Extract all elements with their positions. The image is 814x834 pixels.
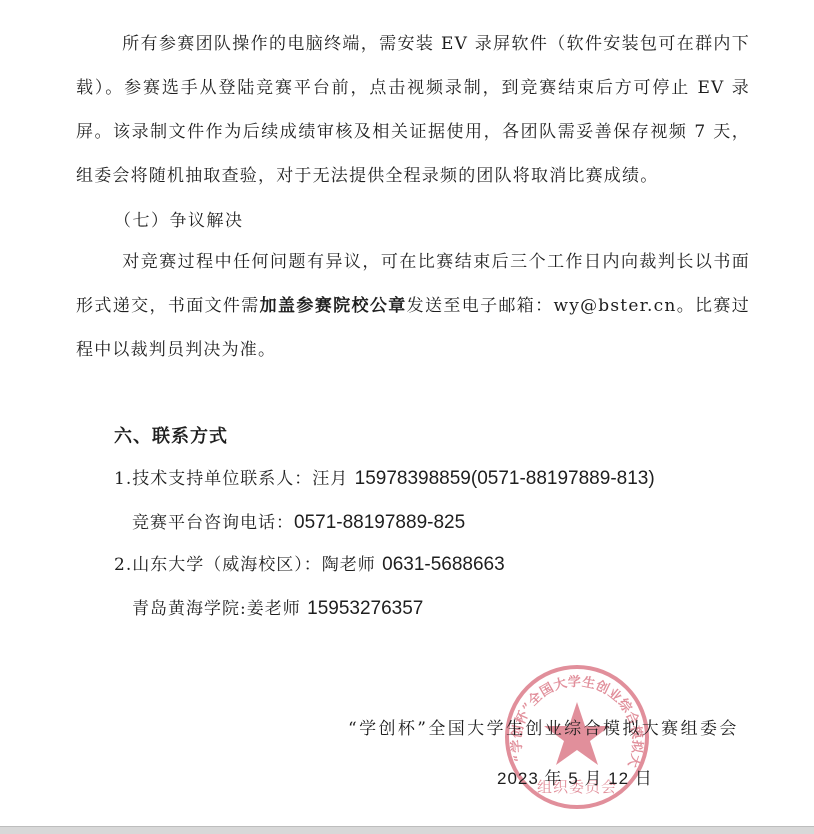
section-heading-contact: 六、联系方式: [114, 422, 228, 448]
contact-phone: 15953276357: [307, 598, 423, 619]
paragraph-screen-recording: 所有参赛团队操作的电脑终端，需安装 EV 录屏软件（软件安装包可在群内下载）。参…: [76, 22, 750, 198]
viewer-bottom-edge: [0, 826, 814, 834]
document-page: 所有参赛团队操作的电脑终端，需安装 EV 录屏软件（软件安装包可在群内下载）。参…: [0, 0, 814, 828]
contact-label: 2.山东大学（威海校区）：陶老师: [114, 555, 382, 575]
contact-item-platform-hotline: 竞赛平台咨询电话：0571-88197889-825: [132, 508, 465, 534]
contact-phone: 0571-88197889-825: [294, 512, 465, 533]
contact-item-tech-support: 1.技术支持单位联系人：汪月 15978398859(0571-88197889…: [114, 464, 655, 490]
contact-label: 青岛黄海学院:姜老师: [132, 599, 307, 619]
subsection-heading-dispute: （七）争议解决: [114, 206, 244, 231]
contact-phone: 15978398859(0571-88197889-813): [355, 468, 655, 489]
signature-organization: “学创杯”全国大学生创业综合模拟大赛组委会: [348, 714, 739, 739]
paragraph-dispute-resolution: 对竞赛过程中任何问题有异议，可在比赛结束后三个工作日内向裁判长以书面形式递交，书…: [76, 240, 750, 372]
paragraph-text: 所有参赛团队操作的电脑终端，需安装 EV 录屏软件（软件安装包可在群内下载）。参…: [76, 34, 750, 186]
contact-item-shandong-university: 2.山东大学（威海校区）：陶老师 0631-5688663: [114, 550, 505, 576]
signature-date: 2023 年 5 月 12 日: [497, 764, 653, 789]
bold-emphasis-text: 加盖参赛院校公章: [260, 296, 407, 316]
contact-label: 竞赛平台咨询电话：: [132, 513, 294, 533]
contact-label: 1.技术支持单位联系人：汪月: [114, 469, 355, 489]
contact-phone: 0631-5688663: [382, 554, 505, 575]
contact-item-qingdao-huanghai: 青岛黄海学院:姜老师 15953276357: [132, 594, 423, 620]
